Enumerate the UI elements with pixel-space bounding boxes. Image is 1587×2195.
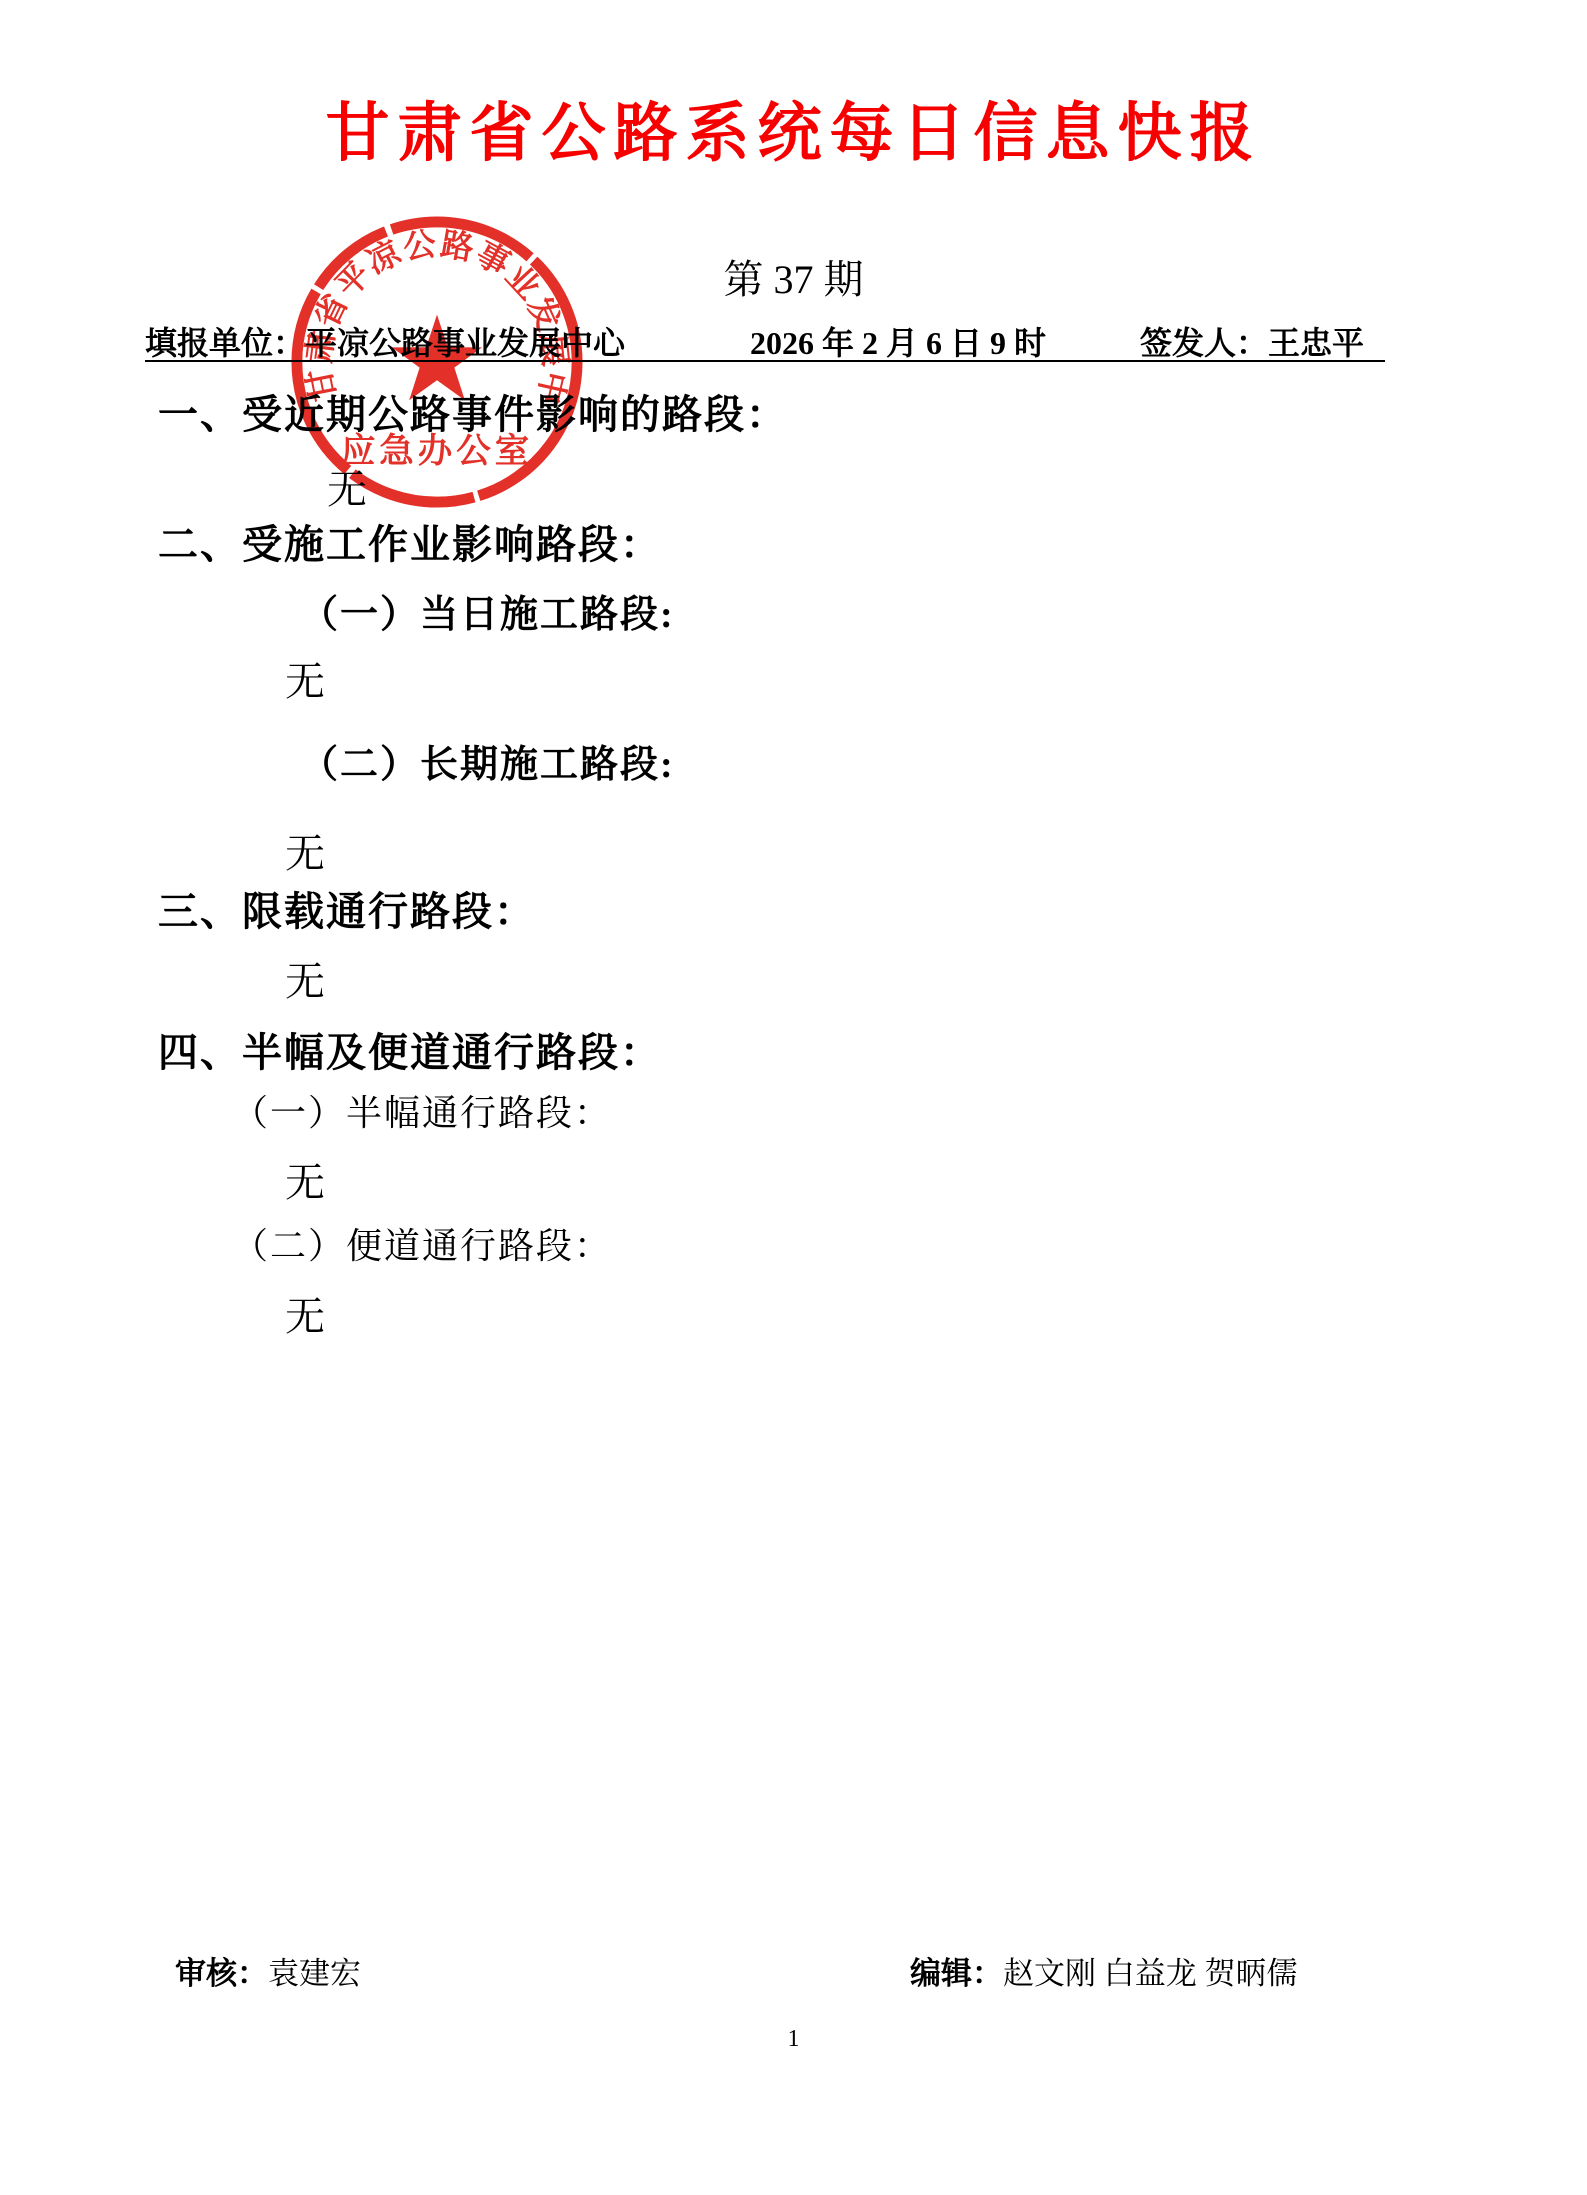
section-2-sub-2-label: （二）长期施工路段:	[300, 733, 675, 788]
section-4-sub-2-value: 无	[285, 1285, 325, 1342]
report-datetime: 2026 年 2 月 6 日 9 时	[750, 318, 1046, 364]
section-2-sub-1-value: 无	[285, 650, 325, 707]
editors-entry: 编辑：赵文刚 白益龙 贺昞儒	[910, 1948, 1298, 1993]
issue-number: 第 37 期	[0, 248, 1587, 305]
section-4-heading: 四、半幅及便道通行路段：	[158, 1021, 662, 1078]
section-4-sub-2-label: （二）便道通行路段：	[232, 1218, 612, 1269]
star-icon	[392, 315, 482, 401]
document-title: 甘肃省公路系统每日信息快报	[0, 82, 1587, 174]
document-footer: 审核：袁建宏 编辑：赵文刚 白益龙 贺昞儒	[0, 1948, 1587, 1992]
section-4-sub-1-value: 无	[285, 1151, 325, 1208]
page-number: 1	[0, 2026, 1587, 2053]
editors-names: 赵文刚 白益龙 贺昞儒	[1003, 1956, 1298, 1991]
section-3-value: 无	[285, 950, 325, 1007]
section-2-sub-2-value: 无	[285, 822, 325, 879]
section-3-heading: 三、限载通行路段：	[158, 880, 536, 937]
stamp-bottom-text: 应急办公室	[341, 432, 533, 471]
section-2-heading: 二、受施工作业影响路段：	[158, 513, 662, 570]
section-2-sub-1-label: （一）当日施工路段:	[300, 583, 675, 638]
section-4-sub-1-label: （一）半幅通行路段：	[232, 1085, 612, 1136]
issuer-name: 签发人：王忠平	[1140, 318, 1364, 364]
document-page: 甘肃省公路系统每日信息快报 第 37 期 填报单位：平凉公路事业发展中心 202…	[0, 0, 1587, 2195]
official-stamp: 甘肃省平凉公路事业发展中心 应急办公室	[289, 214, 585, 510]
reviewer-label: 审核：	[175, 1956, 268, 1991]
reviewer-name: 袁建宏	[268, 1956, 361, 1991]
reviewer-entry: 审核：袁建宏	[175, 1948, 361, 1993]
editors-label: 编辑：	[910, 1956, 1003, 1991]
